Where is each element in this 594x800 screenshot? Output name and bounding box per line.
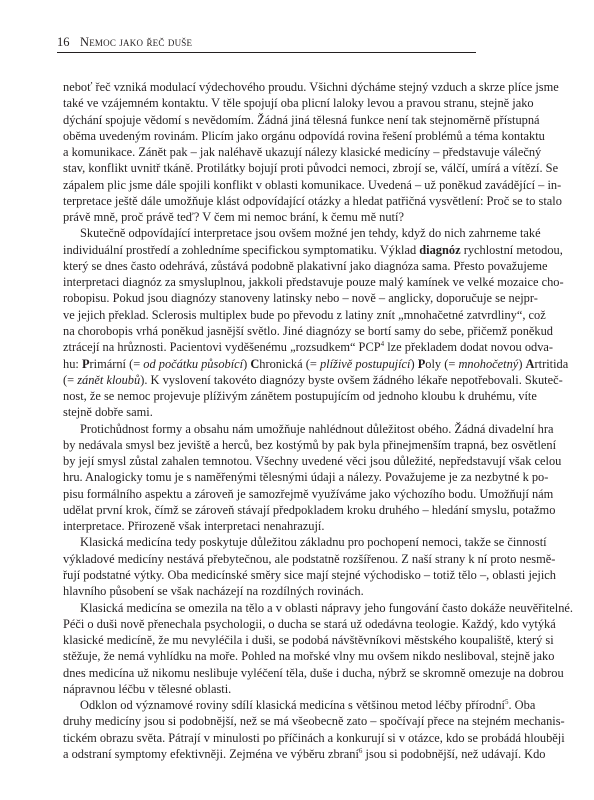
text-line: interpretace. Přirozeně však interpretac… (63, 518, 532, 534)
gloss-italic: od počátku působící (143, 357, 243, 371)
bold-term: diagnóz (419, 243, 460, 257)
body-text: neboť řeč vzniká modulací výdechového pr… (63, 79, 532, 762)
page-number: 16 (57, 35, 70, 50)
text-line: (= zánět kloubů). K vyslovení takovéto d… (63, 372, 532, 388)
text-line: dýchání spojuje vědomí s nevědomím. Žádn… (63, 112, 532, 128)
acronym-initial: A (526, 357, 535, 371)
text-line: nápravnou léčbu v tělesné oblasti. (63, 681, 532, 697)
text-line: ztrácejí na hrůznosti. Pacientovi vyděše… (63, 339, 532, 355)
footnote-ref: 4 (381, 340, 385, 348)
text-line: řují podstatné výtky. Oba medicínské smě… (63, 567, 532, 583)
text-line: Klasická medicína se omezila na tělo a v… (63, 600, 532, 616)
running-header: 16 Nemoc jako řeč duše (57, 34, 476, 54)
text-line: pisu formálního aspektu a zároveň je sam… (63, 486, 532, 502)
text-line: právě mně, proč právě teď? V čem mi nemo… (63, 209, 532, 225)
gloss-italic: zánět kloubů (77, 373, 140, 387)
text-line: také ve vzájemném kontaktu. V těle spoju… (63, 95, 532, 111)
text-line: neboť řeč vzniká modulací výdechového pr… (63, 79, 532, 95)
text-line: udělat první krok, čímž se zároveň stáva… (63, 502, 532, 518)
text-line: a komunikace. Zánět pak – jak naléhavě u… (63, 144, 532, 160)
text-line: a odstraní symptomy efektivněji. Zejména… (63, 746, 532, 762)
gloss-italic: plíživě postupující (320, 357, 411, 371)
text-line: zápalem plic jsme dále spojili konflikt … (63, 177, 532, 193)
text-line: hu: Primární (= od počátku působící) Chr… (63, 356, 532, 372)
text-line: Protichůdnost formy a obsahu nám umožňuj… (63, 421, 532, 437)
text-line: stejně dobře sami. (63, 404, 532, 420)
text-line: klasické medicíně, že mu nevyléčila i du… (63, 632, 532, 648)
text-line: který se dnes často odehrává, zůstává po… (63, 258, 532, 274)
acronym-initial: C (250, 357, 259, 371)
footnote-ref: 6 (359, 747, 363, 755)
text-line: Odklon od významové roviny sdílí klasick… (63, 697, 532, 713)
text-line: výkladové medicíny nestává přebytečnou, … (63, 551, 532, 567)
footnote-ref: 5 (505, 698, 509, 706)
text-line: nost, že se nemoc projevuje plíživým zán… (63, 388, 532, 404)
header-rule (57, 52, 476, 53)
gloss-italic: mnohočetný (458, 357, 518, 371)
acronym-initial: P (418, 357, 426, 371)
text-line: by nedávala smysl bez jeviště a herců, b… (63, 437, 532, 453)
acronym-initial: P (82, 357, 90, 371)
text-line: hru. Analogicky tomu je s naměřenými těl… (63, 469, 532, 485)
text-line: oběma uvedeným rovinám. Plicím jako orgá… (63, 128, 532, 144)
text-line: Klasická medicína tedy poskytuje důležit… (63, 534, 532, 550)
running-title: Nemoc jako řeč duše (80, 35, 192, 50)
text-line: individuální prostředí a zohledníme spec… (63, 242, 532, 258)
text-line: tickém obrazu světa. Pátrají v minulosti… (63, 730, 532, 746)
text-line: interpretaci diagnóz za smysluplnou, jak… (63, 274, 532, 290)
text-line: terpretace ještě dále umožňuje klást odp… (63, 193, 532, 209)
text-line: by její smysl zůstal zahalen temnotou. V… (63, 453, 532, 469)
text-line: dnes medicína už nikomu neslibuje vyléče… (63, 665, 532, 681)
text-line: druhy medicíny jsou si podobnější, než s… (63, 713, 532, 729)
text-line: ve jejich překlad. Sclerosis multiplex b… (63, 307, 532, 323)
text-line: stav, konflikt uvnitř tkáně. Protilátky … (63, 160, 532, 176)
text-line: hlavního působení se však nacházejí na r… (63, 583, 532, 599)
text-line: robopisu. Pokud jsou diagnózy stanoveny … (63, 290, 532, 306)
text-line: Skutečně odpovídající interpretace jsou … (63, 225, 532, 241)
text-line: na chorobopis vrhá poněkud jasnější svět… (63, 323, 532, 339)
text-line: stěžuje, že nemá vyhlídku na moře. Pohle… (63, 648, 532, 664)
text-line: Péči o duši nově přenechala psychologii,… (63, 616, 532, 632)
